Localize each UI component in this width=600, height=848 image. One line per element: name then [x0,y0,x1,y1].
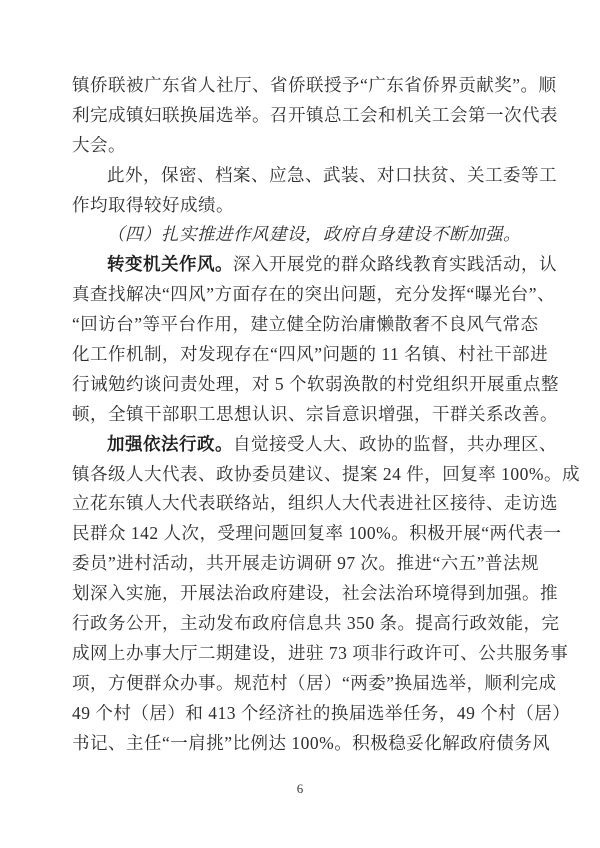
bold-heading: 转变机关作风。 [107,254,233,274]
text-line: 行诫勉约谈问责处理，对 5 个软弱涣散的村党组织开展重点整 [72,370,528,400]
text-line: 作均取得较好成绩。 [72,191,528,221]
text-line: 行政务公开，主动发布政府信息共 350 条。提高行政效能，完 [72,609,528,639]
line-text: 深入开展党的群众路线教育实践活动，认 [233,254,557,274]
text-line: 划深入实施，开展法治政府建设，社会法治环境得到加强。推 [72,579,528,609]
text-line: 委员”进村活动，共开展走访调研 97 次。推进“六五”普法规 [72,549,528,579]
text-line: 顿，全镇干部职工思想认识、宗旨意识增强，干群关系改善。 [72,400,528,430]
text-line: 书记、主任“一肩挑”比例达 100%。积极稳妥化解政府债务风 [72,729,528,759]
text-line: “回访台”等平台作用，建立健全防治庸懒散奢不良风气常态 [72,310,528,340]
text-line: 49 个村（居）和 413 个经济社的换届选举任务，49 个村（居） [72,699,528,729]
text-line: 民群众 142 人次，受理问题回复率 100%。积极开展“两代表一 [72,519,528,549]
document-body: 镇侨联被广东省人社厅、省侨联授予“广东省侨界贡献奖”。顺利完成镇妇联换届选举。召… [72,71,528,758]
text-line: 立花东镇人大代表联络站，组织人大代表进社区接待、走访选 [72,489,528,519]
text-line: 项，方便群众办事。规范村（居）“两委”换届选举，顺利完成 [72,669,528,699]
text-line: 镇侨联被广东省人社厅、省侨联授予“广东省侨界贡献奖”。顺 [72,71,528,101]
line-text: 自觉接受人大、政协的监督，共办理区、 [233,434,557,454]
text-line: 真查找解决“四风”方面存在的突出问题，充分发挥“曝光台”、 [72,280,528,310]
text-line: （四）扎实推进作风建设，政府自身建设不断加强。 [72,220,528,250]
page-number: 6 [0,781,600,797]
text-line: 成网上办事大厅二期建设，进驻 73 项非行政许可、公共服务事 [72,639,528,669]
text-line: 此外，保密、档案、应急、武装、对口扶贫、关工委等工 [72,161,528,191]
text-line: 转变机关作风。深入开展党的群众路线教育实践活动，认 [72,250,528,280]
text-line: 大会。 [72,131,528,161]
text-line: 利完成镇妇联换届选举。召开镇总工会和机关工会第一次代表 [72,101,528,131]
document-page: 镇侨联被广东省人社厅、省侨联授予“广东省侨界贡献奖”。顺利完成镇妇联换届选举。召… [0,0,600,848]
text-line: 镇各级人大代表、政协委员建议、提案 24 件，回复率 100%。成 [72,460,528,490]
bold-heading: 加强依法行政。 [107,434,233,454]
text-line: 化工作机制，对发现存在“四风”问题的 11 名镇、村社干部进 [72,340,528,370]
text-line: 加强依法行政。自觉接受人大、政协的监督，共办理区、 [72,430,528,460]
